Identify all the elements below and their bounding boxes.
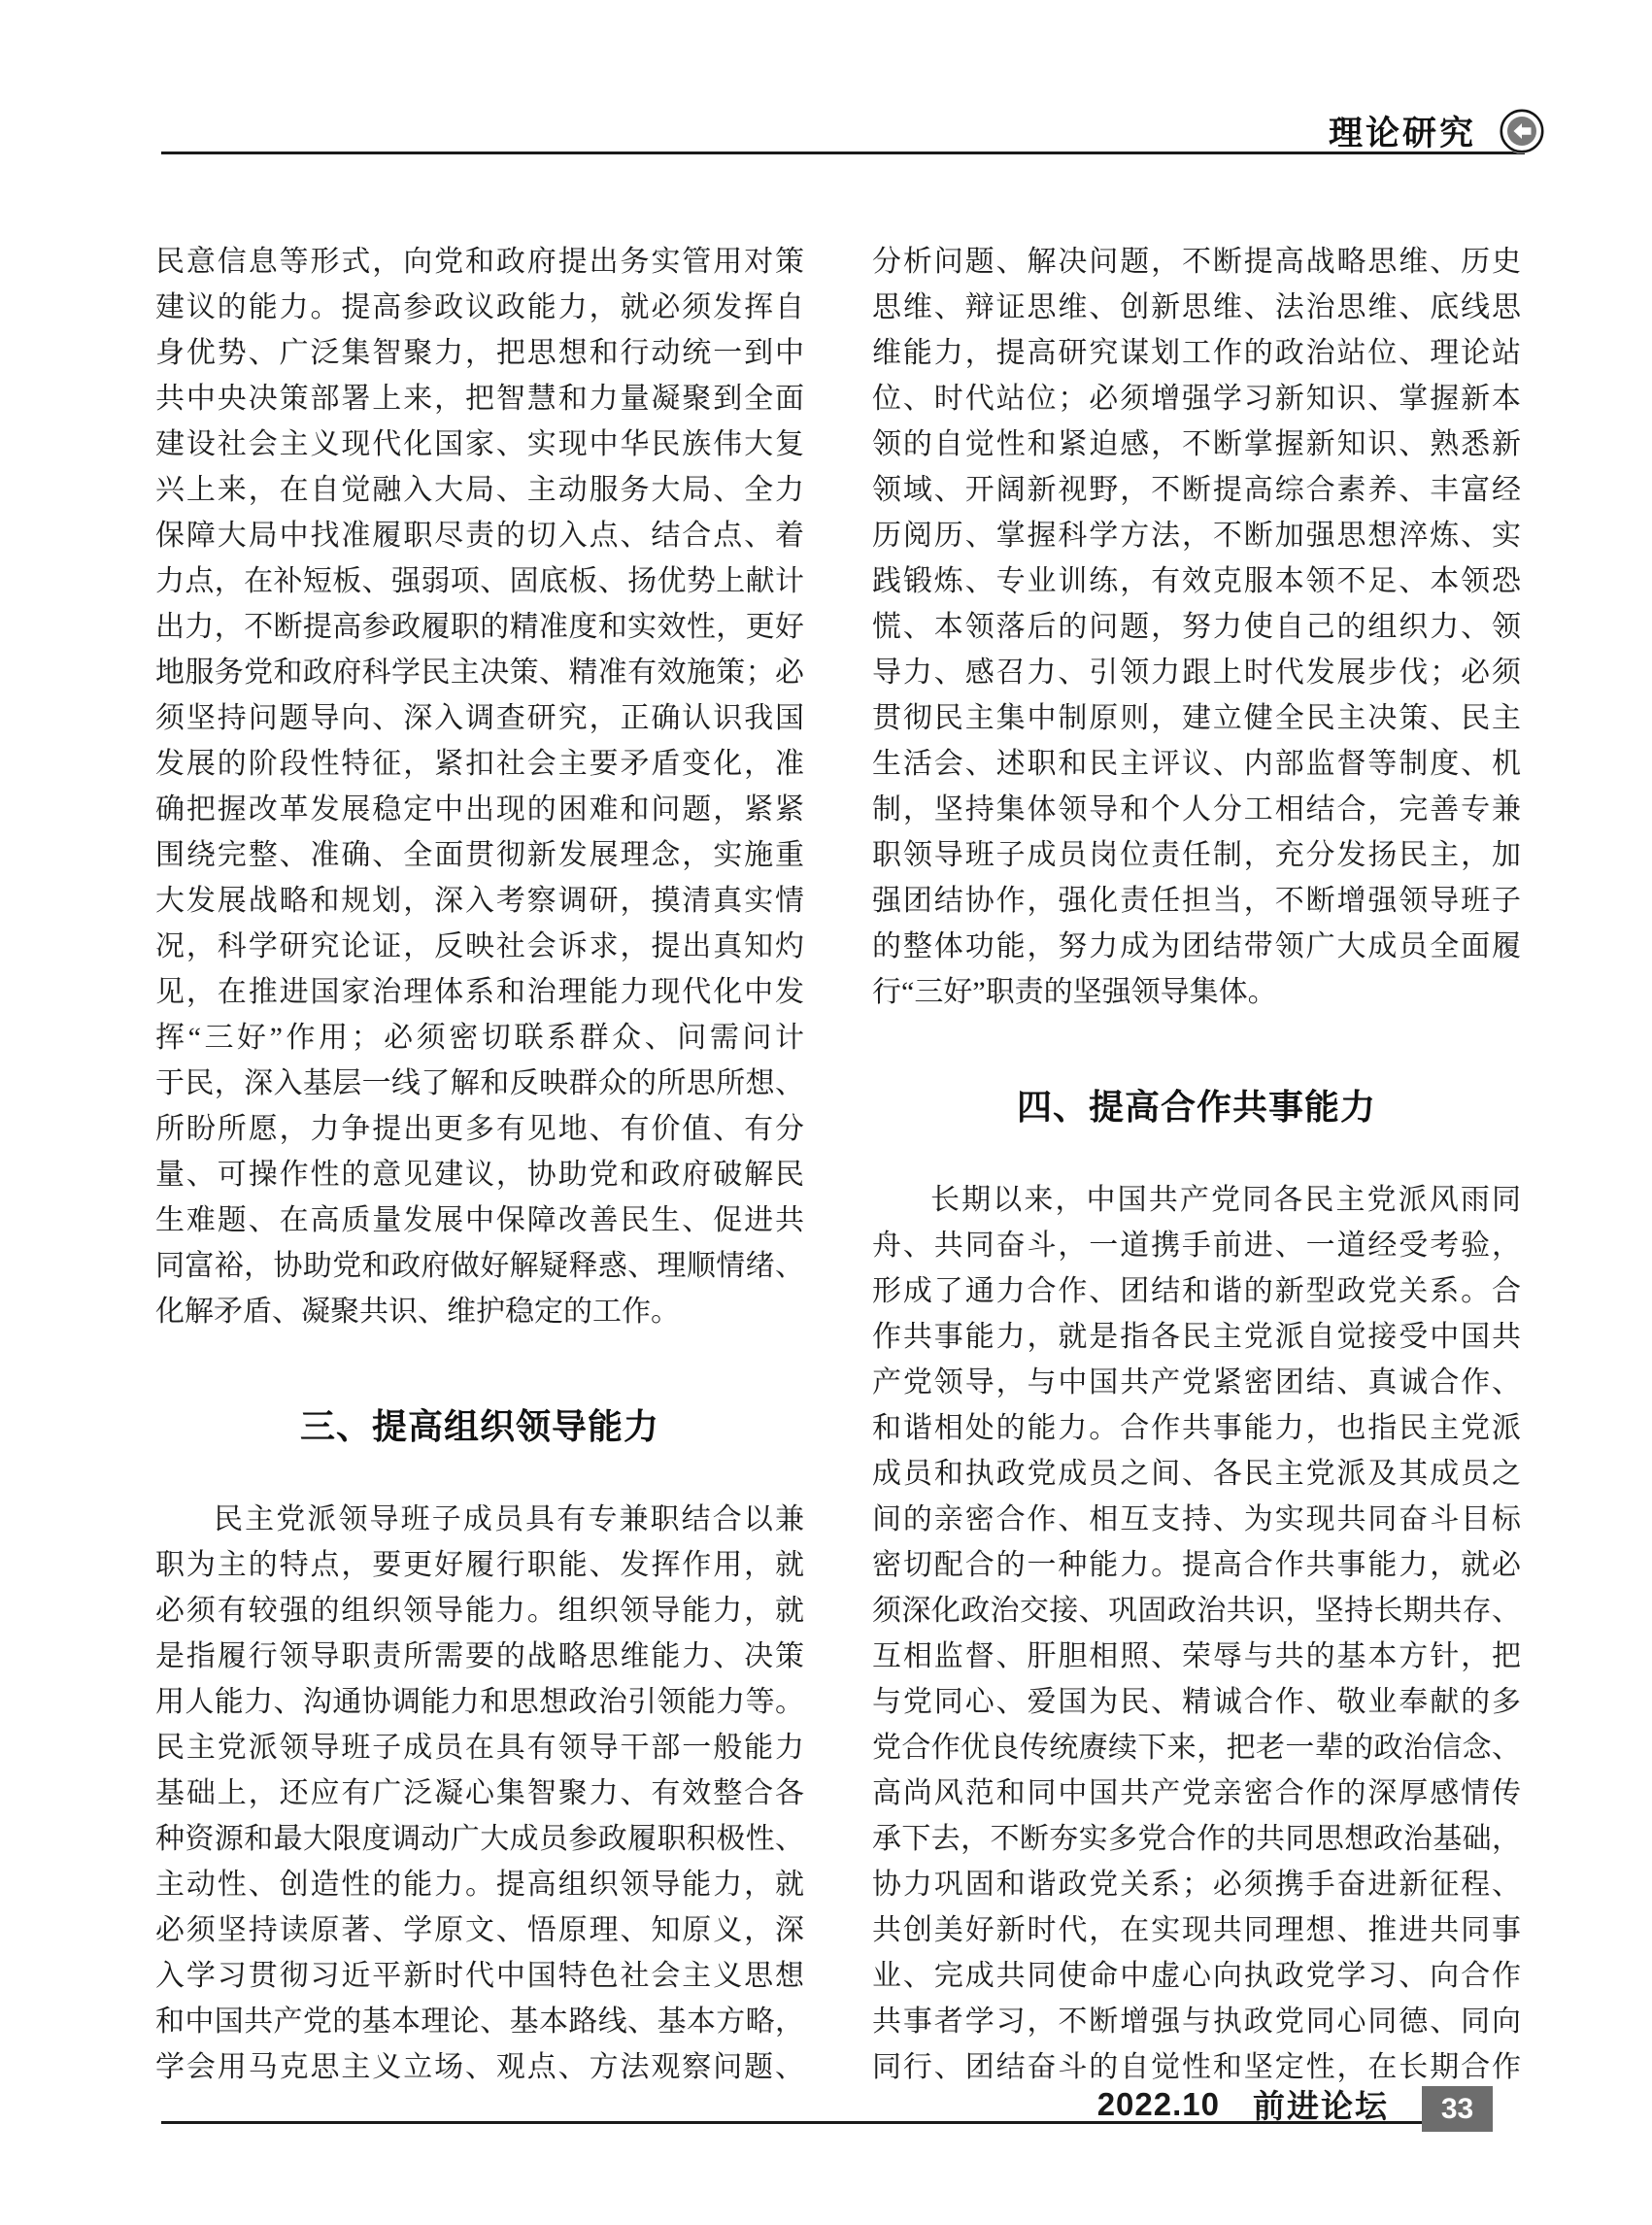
text-line: 同富裕，协助党和政府做好解疑释惑、理顺情绪、 xyxy=(155,1243,804,1289)
text-line: 保障大局中找准履职尽责的切入点、结合点、着 xyxy=(155,513,804,558)
text-line: 行“三好”职责的坚强领导集体。 xyxy=(872,969,1521,1015)
section-heading-4: 四、提高合作共事能力 xyxy=(872,1084,1521,1129)
text-line: 于民，深入基层一线了解和反映群众的所思所想、 xyxy=(155,1061,804,1106)
text-line: 况，科学研究论证，反映社会诉求，提出真知灼 xyxy=(155,924,804,969)
text-line: 学会用马克思主义立场、观点、方法观察问题、 xyxy=(155,2044,804,2090)
text-line: 和谐相处的能力。合作共事能力，也指民主党派 xyxy=(872,1405,1521,1451)
text-line: 维能力，提高研究谋划工作的政治站位、理论站 xyxy=(872,330,1521,376)
text-line: 大发展战略和规划，深入考察调研，摸清真实情 xyxy=(155,878,804,924)
text-line: 所盼所愿，力争提出更多有见地、有价值、有分 xyxy=(155,1106,804,1152)
text-line: 须坚持问题导向、深入调查研究，正确认识我国 xyxy=(155,695,804,741)
text-line: 种资源和最大限度调动广大成员参政履职积极性、 xyxy=(155,1816,804,1862)
back-arrow-icon xyxy=(1500,109,1544,153)
text-line: 历阅历、掌握科学方法，不断加强思想淬炼、实 xyxy=(872,513,1521,558)
text-line: 的整体功能，努力成为团结带领广大成员全面履 xyxy=(872,924,1521,969)
footer-issue: 2022.10 xyxy=(1097,2086,1220,2123)
text-line: 产党领导，与中国共产党紧密团结、真诚合作、 xyxy=(872,1360,1521,1405)
text-line: 和中国共产党的基本理论、基本路线、基本方略， xyxy=(155,1999,804,2044)
text-line: 生活会、述职和民主评议、内部监督等制度、机 xyxy=(872,741,1521,787)
text-line: 民主党派领导班子成员在具有领导干部一般能力 xyxy=(155,1725,804,1770)
text-line: 党合作优良传统赓续下来，把老一辈的政治信念、 xyxy=(872,1725,1521,1770)
paragraph-continued: 分析问题、解决问题，不断提高战略思维、历史思维、辩证思维、创新思维、法治思维、底… xyxy=(872,239,1521,1015)
text-line: 贯彻民主集中制原则，建立健全民主决策、民主 xyxy=(872,695,1521,741)
paragraph-continued: 民意信息等形式，向党和政府提出务实管用对策建议的能力。提高参政议政能力，就必须发… xyxy=(155,239,804,1334)
text-line: 践锻炼、专业训练，有效克服本领不足、本领恐 xyxy=(872,558,1521,604)
text-line: 间的亲密合作、相互支持、为实现共同奋斗目标 xyxy=(872,1497,1521,1542)
text-line: 兴上来，在自觉融入大局、主动服务大局、全力 xyxy=(155,467,804,513)
page-header: 理论研究 xyxy=(1329,107,1544,155)
text-line: 出力，不断提高参政履职的精准度和实效性，更好 xyxy=(155,604,804,650)
text-line: 慌、本领落后的问题，努力使自己的组织力、领 xyxy=(872,604,1521,650)
text-line: 挥“三好”作用；必须密切联系群众、问需问计 xyxy=(155,1015,804,1061)
header-rule xyxy=(161,152,1525,154)
right-column: 分析问题、解决问题，不断提高战略思维、历史思维、辩证思维、创新思维、法治思维、底… xyxy=(872,239,1521,2090)
text-line: 业、完成共同使命中虚心向执政党学习、向合作 xyxy=(872,1953,1521,1999)
text-line: 力点，在补短板、强弱项、固底板、扬优势上献计 xyxy=(155,558,804,604)
text-line: 职为主的特点，要更好履行职能、发挥作用，就 xyxy=(155,1542,804,1588)
paragraph: 民主党派领导班子成员具有专兼职结合以兼职为主的特点，要更好履行职能、发挥作用，就… xyxy=(155,1497,804,2090)
text-line: 围绕完整、准确、全面贯彻新发展理念，实施重 xyxy=(155,832,804,878)
text-line: 成员和执政党成员之间、各民主党派及其成员之 xyxy=(872,1451,1521,1497)
text-line: 主动性、创造性的能力。提高组织领导能力，就 xyxy=(155,1862,804,1907)
text-line: 职领导班子成员岗位责任制，充分发扬民主，加 xyxy=(872,832,1521,878)
text-line: 民意信息等形式，向党和政府提出务实管用对策 xyxy=(155,239,804,285)
text-line: 共创美好新时代，在实现共同理想、推进共同事 xyxy=(872,1907,1521,1953)
text-line: 高尚风范和同中国共产党亲密合作的深厚感情传 xyxy=(872,1770,1521,1816)
page-number-badge: 33 xyxy=(1422,2086,1493,2132)
text-line: 身优势、广泛集智聚力，把思想和行动统一到中 xyxy=(155,330,804,376)
text-line: 协力巩固和谐政党关系；必须携手奋进新征程、 xyxy=(872,1862,1521,1907)
text-line: 密切配合的一种能力。提高合作共事能力，就必 xyxy=(872,1542,1521,1588)
text-line: 舟、共同奋斗，一道携手前进、一道经受考验， xyxy=(872,1223,1521,1268)
text-line: 分析问题、解决问题，不断提高战略思维、历史 xyxy=(872,239,1521,285)
paragraph: 长期以来，中国共产党同各民主党派风雨同舟、共同奋斗，一道携手前进、一道经受考验，… xyxy=(872,1177,1521,2090)
text-line: 量、可操作性的意见建议，协助党和政府破解民 xyxy=(155,1152,804,1197)
text-line: 共中央决策部署上来，把智慧和力量凝聚到全面 xyxy=(155,376,804,421)
header-title: 理论研究 xyxy=(1329,107,1476,155)
text-line: 建议的能力。提高参政议政能力，就必须发挥自 xyxy=(155,285,804,330)
text-line: 导力、感召力、引领力跟上时代发展步伐；必须 xyxy=(872,650,1521,695)
text-line: 制，坚持集体领导和个人分工相结合，完善专兼 xyxy=(872,787,1521,832)
text-line: 作共事能力，就是指各民主党派自觉接受中国共 xyxy=(872,1314,1521,1360)
text-line: 承下去，不断夯实多党合作的共同思想政治基础， xyxy=(872,1816,1521,1862)
page-footer: 2022.10 前进论坛 33 xyxy=(1097,2076,1493,2132)
text-line: 见，在推进国家治理体系和治理能力现代化中发 xyxy=(155,969,804,1015)
text-line: 用人能力、沟通协调能力和思想政治引领能力等。 xyxy=(155,1679,804,1725)
text-line: 领域、开阔新视野，不断提高综合素养、丰富经 xyxy=(872,467,1521,513)
text-line: 地服务党和政府科学民主决策、精准有效施策；必 xyxy=(155,650,804,695)
journal-page: 理论研究 民意信息等形式，向党和政府提出务实管用对策建议的能力。提高参政议政能力… xyxy=(0,0,1652,2225)
text-line: 必须有较强的组织领导能力。组织领导能力，就 xyxy=(155,1588,804,1634)
text-line: 共事者学习，不断增强与执政党同心同德、同向 xyxy=(872,1999,1521,2044)
text-line: 领的自觉性和紧迫感，不断掌握新知识、熟悉新 xyxy=(872,421,1521,467)
text-line: 确把握改革发展稳定中出现的困难和问题，紧紧 xyxy=(155,787,804,832)
text-line: 入学习贯彻习近平新时代中国特色社会主义思想 xyxy=(155,1953,804,1999)
left-column: 民意信息等形式，向党和政府提出务实管用对策建议的能力。提高参政议政能力，就必须发… xyxy=(155,239,804,2090)
section-heading-3: 三、提高组织领导能力 xyxy=(155,1403,804,1449)
text-line: 长期以来，中国共产党同各民主党派风雨同 xyxy=(872,1177,1521,1223)
text-line: 必须坚持读原著、学原文、悟原理、知原义，深 xyxy=(155,1907,804,1953)
text-line: 位、时代站位；必须增强学习新知识、掌握新本 xyxy=(872,376,1521,421)
text-line: 强团结协作，强化责任担当，不断增强领导班子 xyxy=(872,878,1521,924)
text-line: 基础上，还应有广泛凝心集智聚力、有效整合各 xyxy=(155,1770,804,1816)
text-line: 民主党派领导班子成员具有专兼职结合以兼 xyxy=(155,1497,804,1542)
text-line: 互相监督、肝胆相照、荣辱与共的基本方针，把 xyxy=(872,1634,1521,1679)
text-line: 思维、辩证思维、创新思维、法治思维、底线思 xyxy=(872,285,1521,330)
footer-journal-title: 前进论坛 xyxy=(1253,2081,1389,2127)
text-line: 形成了通力合作、团结和谐的新型政党关系。合 xyxy=(872,1268,1521,1314)
text-line: 化解矛盾、凝聚共识、维护稳定的工作。 xyxy=(155,1289,804,1334)
text-line: 须深化政治交接、巩固政治共识，坚持长期共存、 xyxy=(872,1588,1521,1634)
text-line: 生难题、在高质量发展中保障改善民生、促进共 xyxy=(155,1197,804,1243)
text-line: 建设社会主义现代化国家、实现中华民族伟大复 xyxy=(155,421,804,467)
text-line: 是指履行领导职责所需要的战略思维能力、决策 xyxy=(155,1634,804,1679)
text-line: 发展的阶段性特征，紧扣社会主要矛盾变化，准 xyxy=(155,741,804,787)
text-line: 与党同心、爱国为民、精诚合作、敬业奉献的多 xyxy=(872,1679,1521,1725)
